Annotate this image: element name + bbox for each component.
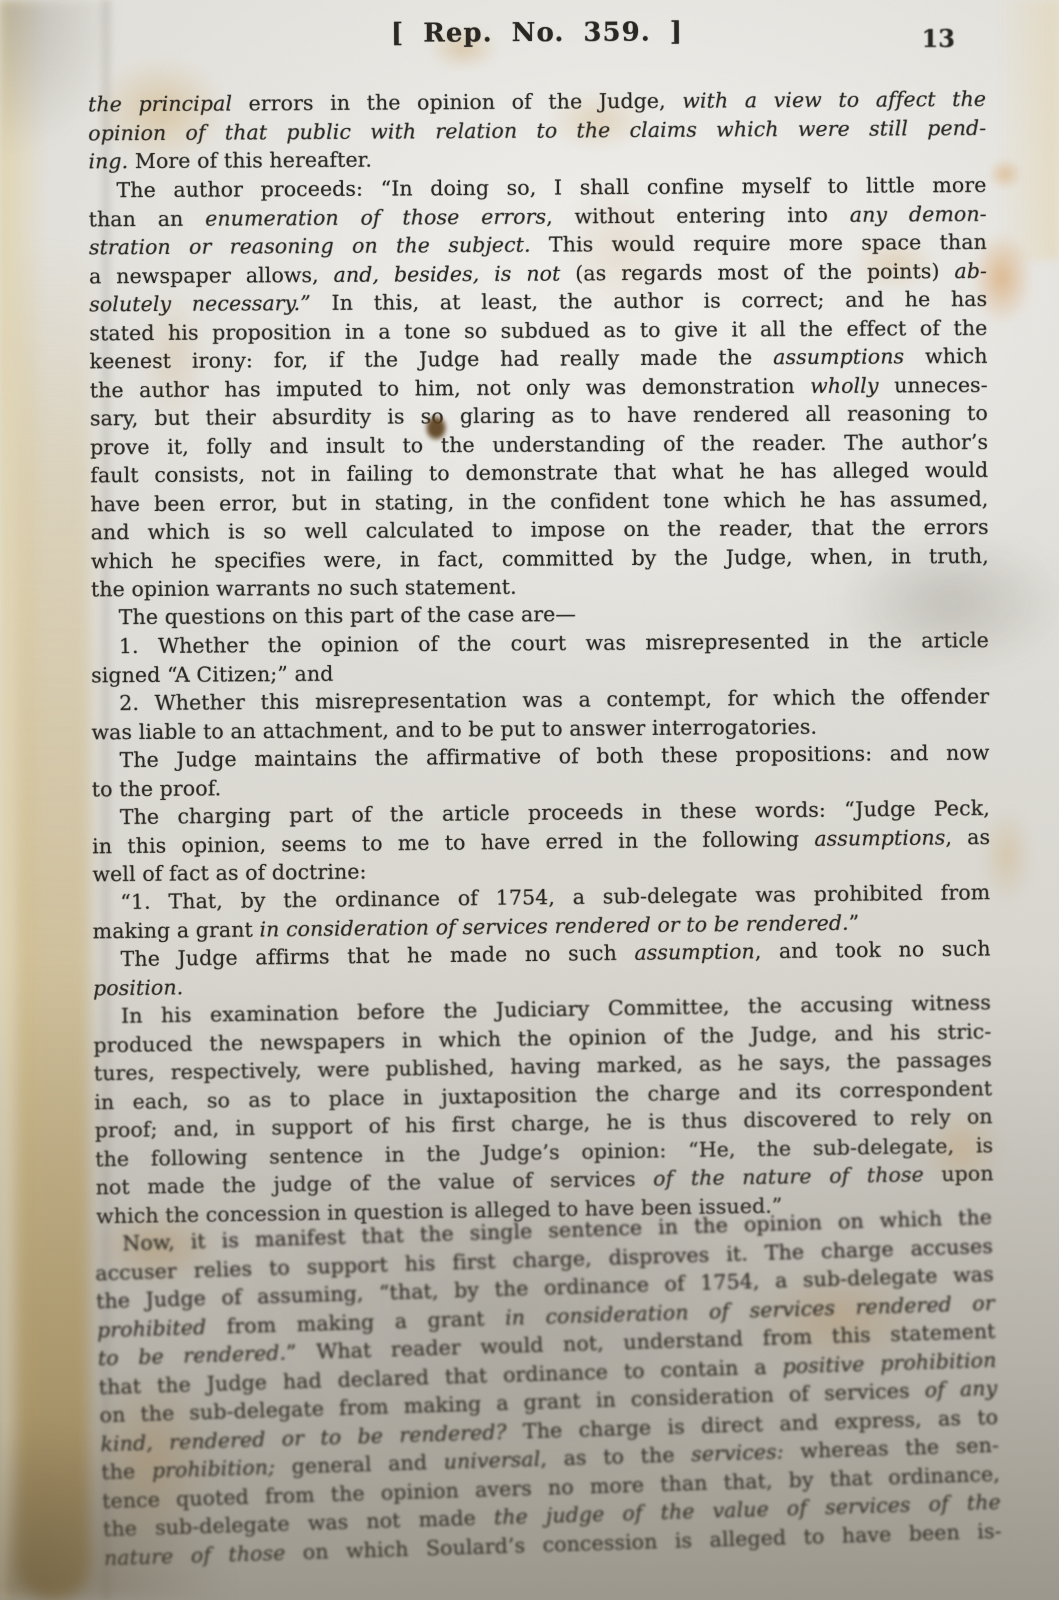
gutter-stain-band bbox=[16, 240, 90, 1600]
text-line: opinion of that public with relation to … bbox=[88, 113, 986, 147]
text-line: keenest irony: for, if the Judge had rea… bbox=[89, 341, 987, 375]
page-number: 13 bbox=[922, 24, 955, 53]
text-line: sary, but their absurdity is so glaring … bbox=[90, 398, 988, 432]
paragraph: The charging part of the article proceed… bbox=[92, 793, 991, 888]
corner-tint-top-right bbox=[999, 0, 1059, 260]
report-number-label: [ Rep. No. 359. ] bbox=[391, 17, 683, 49]
paragraph: The Judge maintains the affirmative of b… bbox=[91, 738, 989, 803]
paragraph: 1. Whether the opinion of the court was … bbox=[91, 626, 989, 689]
text-line: which he specifies were, in fact, commit… bbox=[91, 541, 989, 575]
scanned-document-page: [ Rep. No. 359. ] 13 the principal error… bbox=[0, 0, 1059, 1600]
paragraph: the principal errors in the opinion of t… bbox=[88, 85, 987, 176]
text-line: stration or reasoning on the subject. Th… bbox=[89, 227, 987, 261]
paragraph: In his examination before the Judiciary … bbox=[93, 988, 994, 1230]
page-header: [ Rep. No. 359. ] bbox=[88, 16, 986, 51]
text-line: The author proceeds: “In doing so, I sha… bbox=[88, 170, 986, 204]
paragraph: The author proceeds: “In doing so, I sha… bbox=[88, 170, 989, 603]
paragraph: Now, it is manifest that the single sent… bbox=[94, 1203, 1002, 1572]
corner-shadow-bottom-left bbox=[0, 1430, 230, 1600]
text-line: and which is so well calculated to impos… bbox=[91, 512, 989, 546]
text-line: solutely necessary.” In this, at least, … bbox=[89, 284, 987, 318]
text-line: 1. Whether the opinion of the court was … bbox=[91, 626, 989, 661]
paragraph: 2. Whether this misrepresentation was a … bbox=[91, 682, 989, 746]
text-line: fault consists, not in failing to demons… bbox=[90, 455, 988, 489]
page-text: the principal errors in the opinion of t… bbox=[88, 86, 994, 1573]
